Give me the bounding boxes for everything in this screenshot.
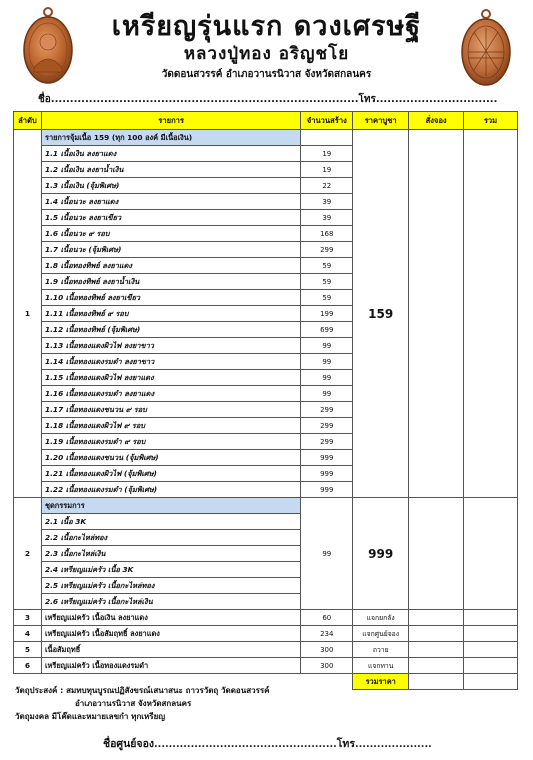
table-row: 6เหรียญแม่ครัว เนื้อทองแดงรมดำ300แจกทาน [14,658,518,674]
item-name: 1.21 เนื้อทองแดงผิวไฟ (จุ้มพิเศษ) [41,466,300,482]
qty-cell: 22 [301,178,353,194]
table-row: 3เหรียญแม่ครัว เนื้อเงิน ลงยาแดง60แจกยกล… [14,610,518,626]
distribution-cell: แจกศูนย์จอง [353,626,409,642]
qty-cell [301,130,353,146]
item-name: 2.4 เหรียญแม่ครัว เนื้อ 3K [41,562,300,578]
item-name: เหรียญแม่ครัว เนื้อสัมฤทธิ์ ลงยาแดง [41,626,300,642]
sum-order-cell[interactable] [409,674,464,690]
qty-cell: 999 [301,466,353,482]
order-input[interactable] [409,626,464,642]
purpose-text-cont: อำเภอวานรนิวาส จังหวัดสกลนคร [15,697,270,710]
grand-total-cell [464,674,518,690]
distribution-cell: แจกทาน [353,658,409,674]
total-cell [464,610,518,626]
order-input[interactable] [409,130,464,498]
order-input[interactable] [409,658,464,674]
item-name: 1.2 เนื้อเงิน ลงยาน้ำเงิน [41,162,300,178]
item-name: 1.12 เนื้อทองทิพย์ (จุ้มพิเศษ) [41,322,300,338]
qty-cell: 39 [301,210,353,226]
blank-cell [301,674,353,690]
col-header-no: ลำดับ [14,112,42,130]
name-phone-field[interactable]: ชื่อ....................................… [38,92,497,107]
qty-cell: 59 [301,274,353,290]
row-number: 3 [14,610,42,626]
col-header-qty: จำนวนสร้าง [301,112,353,130]
qty-cell: 59 [301,258,353,274]
item-name: เหรียญแม่ครัว เนื้อทองแดงรมดำ [41,658,300,674]
table-row: 5เนื้อสัมฤทธิ์300ถวาย [14,642,518,658]
col-header-item: รายการ [41,112,300,130]
distribution-cell: ถวาย [353,642,409,658]
item-name: 1.19 เนื้อทองแดงรมดำ ๙ รอบ [41,434,300,450]
item-name: 1.3 เนื้อเงิน (จุ้มพิเศษ) [41,178,300,194]
col-header-order: สั่งจอง [409,112,464,130]
item-name: เหรียญแม่ครัว เนื้อเงิน ลงยาแดง [41,610,300,626]
item-name: 1.9 เนื้อทองทิพย์ ลงยาน้ำเงิน [41,274,300,290]
item-name: 1.7 เนื้อนวะ (จุ้มพิเศษ) [41,242,300,258]
col-header-price: ราคาบูชา [353,112,409,130]
qty-cell: 99 [301,386,353,402]
total-cell [464,130,518,498]
order-input[interactable] [409,642,464,658]
distribution-cell: แจกยกลัง [353,610,409,626]
qty-cell: 299 [301,434,353,450]
qty-cell: 59 [301,290,353,306]
item-name: 1.15 เนื้อทองแดงผิวไฟ ลงยาแดง [41,370,300,386]
item-name: 1.17 เนื้อทองแดงชนวน ๙ รอบ [41,402,300,418]
item-name: 1.10 เนื้อทองทิพย์ ลงยาเขียว [41,290,300,306]
order-table: ลำดับ รายการ จำนวนสร้าง ราคาบูชา สั่งจอง… [13,111,518,690]
purpose-text: วัตถุประสงค์ : สมทบทุนบูรณปฏิสังขรณ์เสนา… [15,684,270,697]
item-name: 1.20 เนื้อทองแดงชนวน (จุ้มพิเศษ) [41,450,300,466]
group-title: ชุดกรรมการ [41,498,300,514]
item-name: 1.4 เนื้อนวะ ลงยาแดง [41,194,300,210]
item-name: 1.8 เนื้อทองทิพย์ ลงยาแดง [41,258,300,274]
item-name: 1.18 เนื้อทองแดงผิวไฟ ๙ รอบ [41,418,300,434]
qty-cell: 300 [301,658,353,674]
qty-cell: 39 [301,194,353,210]
row-number: 1 [14,130,42,498]
row-number: 4 [14,626,42,642]
qty-cell: 999 [301,482,353,498]
qty-cell: 199 [301,306,353,322]
item-name: 1.5 เนื้อนวะ ลงยาเขียว [41,210,300,226]
qty-cell: 299 [301,418,353,434]
qty-cell: 299 [301,242,353,258]
group-header-row: 1รายการจุ้มเนื้อ 159 (ทุก 100 องค์ มีเนื… [14,130,518,146]
total-cell [464,642,518,658]
price-cell: 159 [353,130,409,498]
qty-cell: 299 [301,402,353,418]
row-number: 2 [14,498,42,610]
qty-cell: 60 [301,610,353,626]
item-name: 1.13 เนื้อทองแดงผิวไฟ ลงยาขาว [41,338,300,354]
total-cell [464,626,518,642]
qty-cell: 699 [301,322,353,338]
total-cell [464,498,518,610]
table-header-row: ลำดับ รายการ จำนวนสร้าง ราคาบูชา สั่งจอง… [14,112,518,130]
qty-cell: 99 [301,354,353,370]
item-name: 2.1 เนื้อ 3K [41,514,300,530]
amulet-note: วัตถุมงคล มีโค๊ดและหมายเลขกำ ทุกเหรียญ [15,710,270,723]
qty-cell: 168 [301,226,353,242]
order-input[interactable] [409,610,464,626]
qty-cell: 19 [301,162,353,178]
qty-cell: 99 [301,370,353,386]
item-name: 2.5 เหรียญแม่ครัว เนื้อกะไหล่ทอง [41,578,300,594]
sum-label: รวมราคา [353,674,409,690]
col-header-total: รวม [464,112,518,130]
group-header-row: 2ชุดกรรมการ99999 [14,498,518,514]
total-cell [464,658,518,674]
qty-cell: 999 [301,450,353,466]
qty-cell: 99 [301,338,353,354]
row-number: 6 [14,658,42,674]
order-input[interactable] [409,498,464,610]
item-name: 1.6 เนื้อนวะ ๙ รอบ [41,226,300,242]
booking-center-field[interactable]: ชื่อศูนย์จอง............................… [103,735,432,752]
item-name: 2.3 เนื้อกะไหล่เงิน [41,546,300,562]
qty-cell: 300 [301,642,353,658]
notes: วัตถุประสงค์ : สมทบทุนบูรณปฏิสังขรณ์เสนา… [15,684,270,723]
item-name: 2.2 เนื้อกะไหล่ทอง [41,530,300,546]
qty-cell: 19 [301,146,353,162]
item-name: 2.6 เหรียญแม่ครัว เนื้อกะไหล่เงิน [41,594,300,610]
item-name: 1.22 เนื้อทองแดงรมดำ (จุ้มพิเศษ) [41,482,300,498]
item-name: 1.11 เนื้อทองทิพย์ ๙ รอบ [41,306,300,322]
row-number: 5 [14,642,42,658]
item-name: 1.1 เนื้อเงิน ลงยาแดง [41,146,300,162]
temple-name: วัดดอนสวรรค์ อำเภอวานรนิวาส จังหวัดสกลนค… [0,67,533,82]
monk-name: หลวงปู่ทอง อริญชโย [0,40,533,67]
qty-cell: 234 [301,626,353,642]
table-row: 4เหรียญแม่ครัว เนื้อสัมฤทธิ์ ลงยาแดง234แ… [14,626,518,642]
item-name: 1.14 เนื้อทองแดงรมดำ ลงยาขาว [41,354,300,370]
item-name: 1.16 เนื้อทองแดงรมดำ ลงยาแดง [41,386,300,402]
qty-cell: 99 [301,498,353,610]
price-cell: 999 [353,498,409,610]
item-name: เนื้อสัมฤทธิ์ [41,642,300,658]
group-title: รายการจุ้มเนื้อ 159 (ทุก 100 องค์ มีเนื้… [41,130,300,146]
